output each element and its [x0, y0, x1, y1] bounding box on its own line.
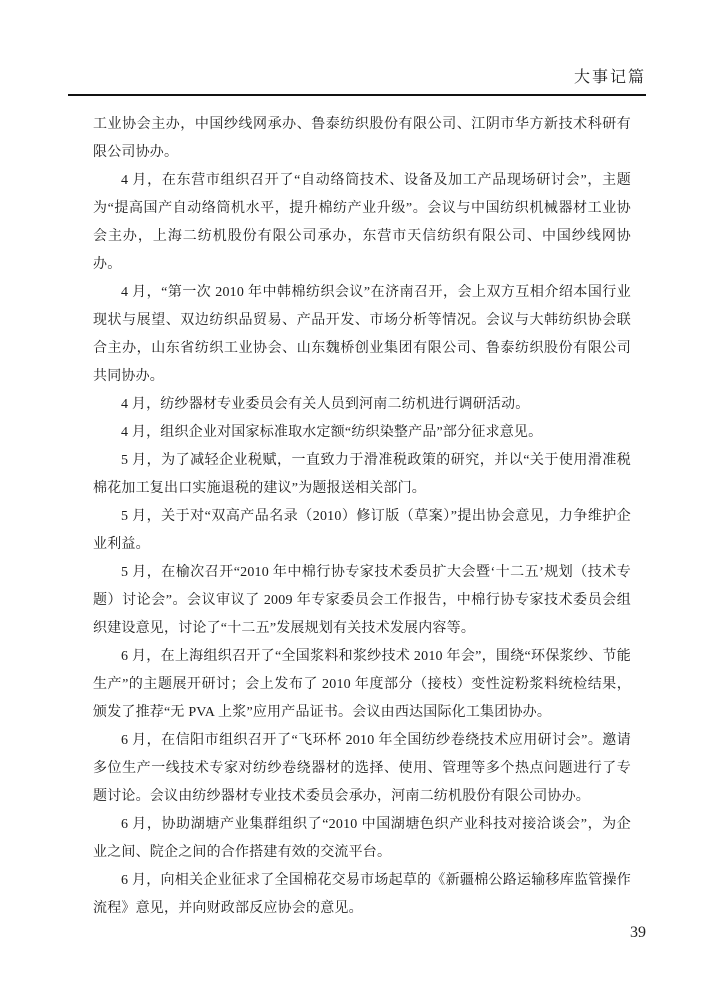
paragraph: 4 月，“第一次 2010 年中韩棉纺织会议”在济南召开，会上双方互相介绍本国行…: [93, 279, 631, 391]
header-title: 大事记篇: [68, 70, 646, 86]
header-rule: [68, 94, 646, 96]
paragraph: 6 月，向相关企业征求了全国棉花交易市场起草的《新疆棉公路运输移库监管操作流程》…: [93, 867, 631, 923]
paragraph: 6 月，在信阳市组织召开了“飞环杯 2010 年全国纺纱卷绕技术应用研讨会”。邀…: [93, 727, 631, 811]
page-number: 39: [68, 925, 646, 941]
body-paragraphs: 工业协会主办，中国纱线网承办、鲁泰纺织股份有限公司、江阴市华方新技术科研有限公司…: [93, 111, 631, 923]
paragraph: 5 月，为了减轻企业税赋，一直致力于滑准税政策的研究，并以“关于使用滑准税棉花加…: [93, 447, 631, 503]
paragraph: 4 月，纺纱器材专业委员会有关人员到河南二纺机进行调研活动。: [93, 391, 631, 419]
document-page: 大事记篇 工业协会主办，中国纱线网承办、鲁泰纺织股份有限公司、江阴市华方新技术科…: [0, 0, 722, 1005]
paragraph: 5 月，在榆次召开“2010 年中棉行协专家技术委员扩大会暨‘十二五’规划（技术…: [93, 559, 631, 643]
paragraph: 6 月，协助湖塘产业集群组织了“2010 中国湖塘色织产业科技对接洽谈会”，为企…: [93, 811, 631, 867]
paragraph: 工业协会主办，中国纱线网承办、鲁泰纺织股份有限公司、江阴市华方新技术科研有限公司…: [93, 111, 631, 167]
paragraph: 4 月，在东营市组织召开了“自动络筒技术、设备及加工产品现场研讨会”，主题为“提…: [93, 167, 631, 279]
paragraph: 6 月，在上海组织召开了“全国浆料和浆纱技术 2010 年会”，围绕“环保浆纱、…: [93, 643, 631, 727]
paragraph: 5 月，关于对“双高产品名录（2010）修订版（草案）”提出协会意见，力争维护企…: [93, 503, 631, 559]
paragraph: 4 月，组织企业对国家标准取水定额“纺织染整产品”部分征求意见。: [93, 419, 631, 447]
